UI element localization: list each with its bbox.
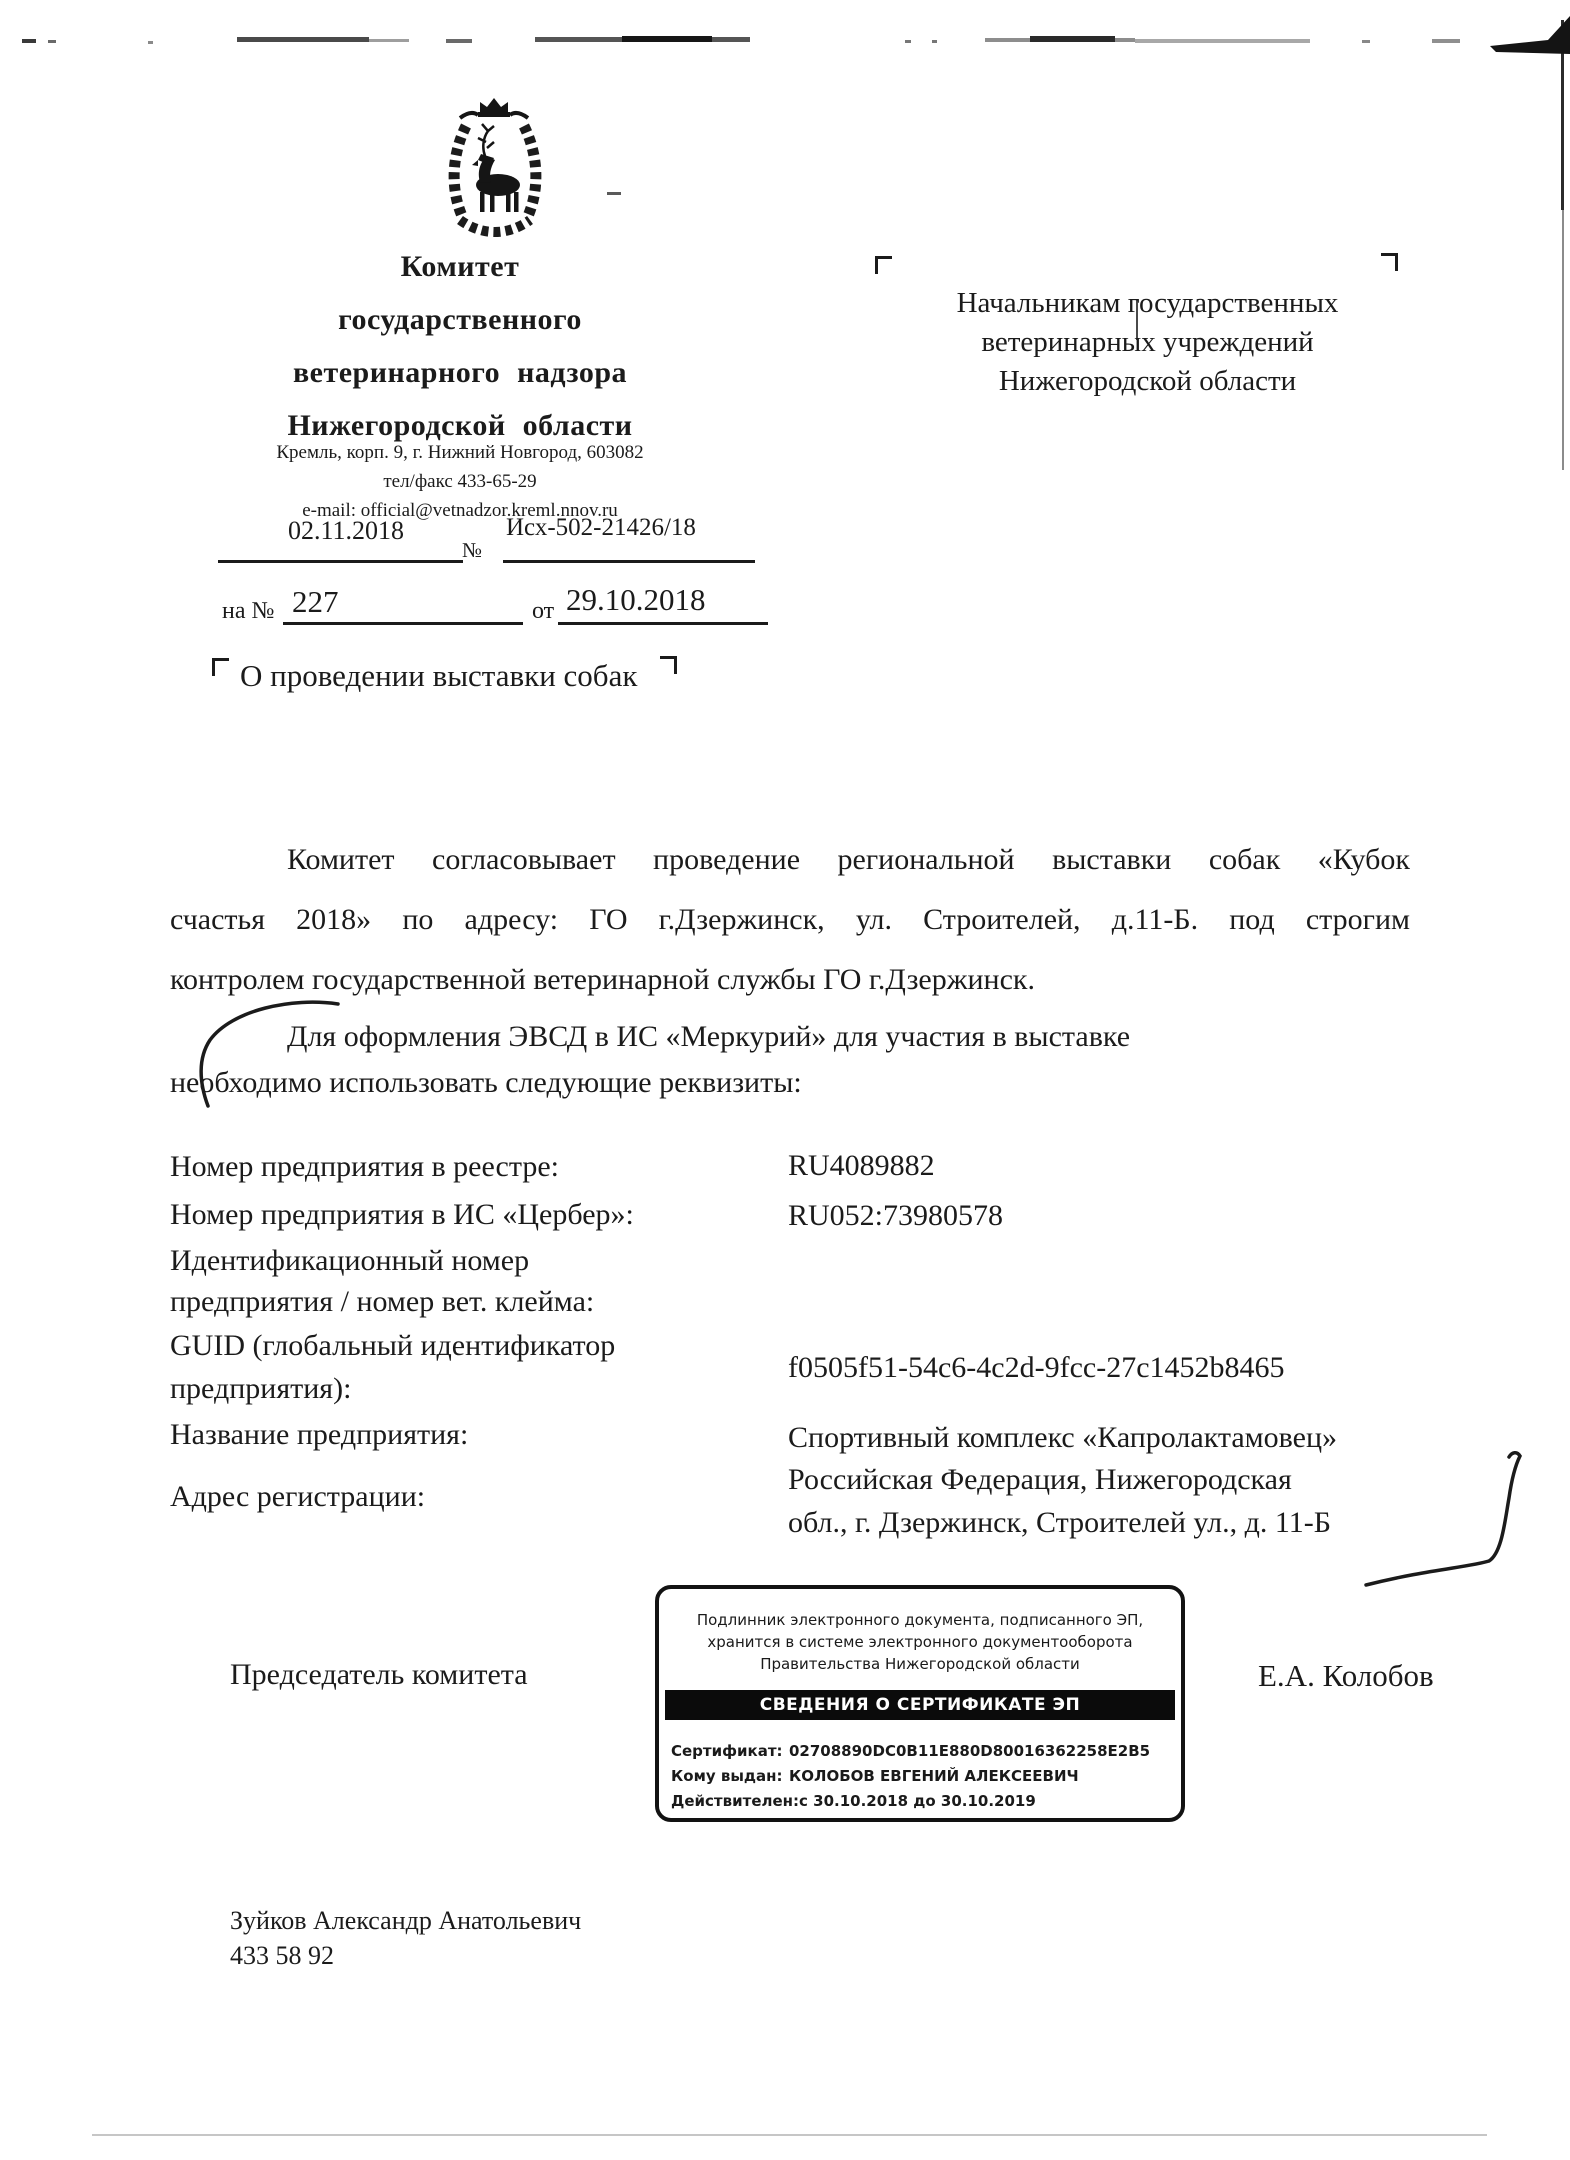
req-row-label: GUID (глобальный идентификатор предприят… <box>170 1324 782 1410</box>
scan-artifact <box>1561 20 1564 210</box>
stamp-cert-line: Кому выдан:КОЛОБОВ ЕВГЕНИЙ АЛЕКСЕЕВИЧ <box>671 1764 1175 1789</box>
subject-corner-left <box>212 658 229 676</box>
req-row-label: Номер предприятия в ИС «Цербер»: <box>170 1194 782 1236</box>
reply-date-label: от <box>532 598 554 625</box>
signer-position-title: Председатель комитета <box>230 1658 528 1692</box>
stamp-certificate-bar: СВЕДЕНИЯ О СЕРТИФИКАТЕ ЭП <box>665 1690 1175 1720</box>
stamp-cert-line: Сертификат:02708890DC0B11E880D8001636225… <box>671 1739 1175 1764</box>
scan-artifact <box>369 39 409 42</box>
org-address: Кремль, корп. 9, г. Нижний Новгород, 603… <box>160 438 760 525</box>
reply-date: 29.10.2018 <box>566 582 706 618</box>
scan-artifact <box>932 40 937 43</box>
valid-label: Действителен: <box>671 1789 799 1814</box>
scan-artifact <box>622 36 712 42</box>
reply-to-label: на № <box>222 598 274 625</box>
req-row-label: Название предприятия: <box>170 1414 782 1456</box>
executor-name: Зуйков Александр Анатольевич <box>230 1903 581 1939</box>
signer-name: Е.А. Колобов <box>1258 1658 1434 1694</box>
electronic-signature-stamp: Подлинник электронного документа, подпис… <box>655 1585 1185 1822</box>
body-para1-line3: контролем государственной ветеринарной с… <box>170 963 1410 997</box>
issued-value: КОЛОБОВ ЕВГЕНИЙ АЛЕКСЕЕВИЧ <box>789 1767 1079 1785</box>
req-row-value: RU052:73980578 <box>788 1194 1428 1237</box>
req-row-value: f0505f51-54c6-4c2d-9fcc-27c1452b8465 <box>788 1346 1428 1389</box>
date-underline <box>218 560 463 563</box>
body-para2-line1: Для оформления ЭВСД в ИС «Меркурий» для … <box>170 1020 1410 1054</box>
cert-label: Сертификат: <box>671 1739 789 1764</box>
scan-artifact <box>905 40 911 43</box>
scan-artifact <box>1562 210 1564 470</box>
reply-to-number: 227 <box>292 584 339 620</box>
body-para1-line1: Комитет согласовывает проведение региона… <box>170 843 1410 877</box>
coat-of-arms-icon <box>430 96 560 246</box>
req-row-label: Идентификационный номер предприятия / но… <box>170 1240 782 1322</box>
valid-value: с 30.10.2018 до 30.10.2019 <box>799 1792 1036 1810</box>
recipient-block: Начальникам государственных ветеринарных… <box>905 284 1390 401</box>
scan-artifact <box>22 39 36 43</box>
issued-label: Кому выдан: <box>671 1764 789 1789</box>
doc-date: 02.11.2018 <box>288 516 404 546</box>
reply-date-underline <box>558 622 768 625</box>
recipient-corner-left <box>875 256 892 274</box>
req-row-label: Номер предприятия в реестре: <box>170 1146 782 1188</box>
scan-artifact <box>1030 36 1115 42</box>
req-row-label: Адрес регистрации: <box>170 1476 782 1518</box>
req-row-value: Спортивный комплекс «Капролактамовец» <box>788 1416 1428 1459</box>
scan-artifact <box>446 39 472 43</box>
scanned-letter-page: Комитет государственного ветеринарного н… <box>0 0 1570 2160</box>
req-row-value: Российская Федерация, Нижегородская обл.… <box>788 1458 1428 1544</box>
doc-outgoing-number: Исх-502-21426/18 <box>506 514 696 542</box>
cert-value: 02708890DC0B11E880D80016362258E2B5 <box>789 1742 1150 1760</box>
stamp-cert-line: Действителен:с 30.10.2018 до 30.10.2019 <box>671 1789 1175 1814</box>
doc-number-label: № <box>462 538 482 563</box>
scan-artifact <box>607 192 621 195</box>
scan-artifact <box>92 2134 1487 2136</box>
body-para2-line2: необходимо использовать следующие реквиз… <box>170 1066 1410 1100</box>
scan-artifact <box>48 40 56 43</box>
body-para1-line2: счастья 2018» по адресу: ГО г.Дзержинск,… <box>170 903 1410 937</box>
scan-arrow-top-right <box>1490 16 1570 54</box>
subject-line: О проведении выставки собак <box>240 658 637 694</box>
recipient-corner-right <box>1381 253 1398 271</box>
number-underline <box>503 560 755 563</box>
scan-artifact <box>1432 39 1460 43</box>
org-name: Комитет государственного ветеринарного н… <box>160 240 760 452</box>
stamp-header-text: Подлинник электронного документа, подпис… <box>667 1609 1173 1675</box>
scan-artifact <box>237 37 369 42</box>
req-row-value: RU4089882 <box>788 1144 1428 1187</box>
subject-corner-right <box>660 656 677 674</box>
scan-artifact <box>1362 40 1370 43</box>
stamp-certificate-details: Сертификат:02708890DC0B11E880D8001636225… <box>671 1739 1175 1814</box>
scan-artifact <box>148 41 153 44</box>
scan-artifact <box>1135 39 1310 43</box>
reply-number-underline <box>283 622 523 625</box>
executor-phone: 433 58 92 <box>230 1938 334 1974</box>
